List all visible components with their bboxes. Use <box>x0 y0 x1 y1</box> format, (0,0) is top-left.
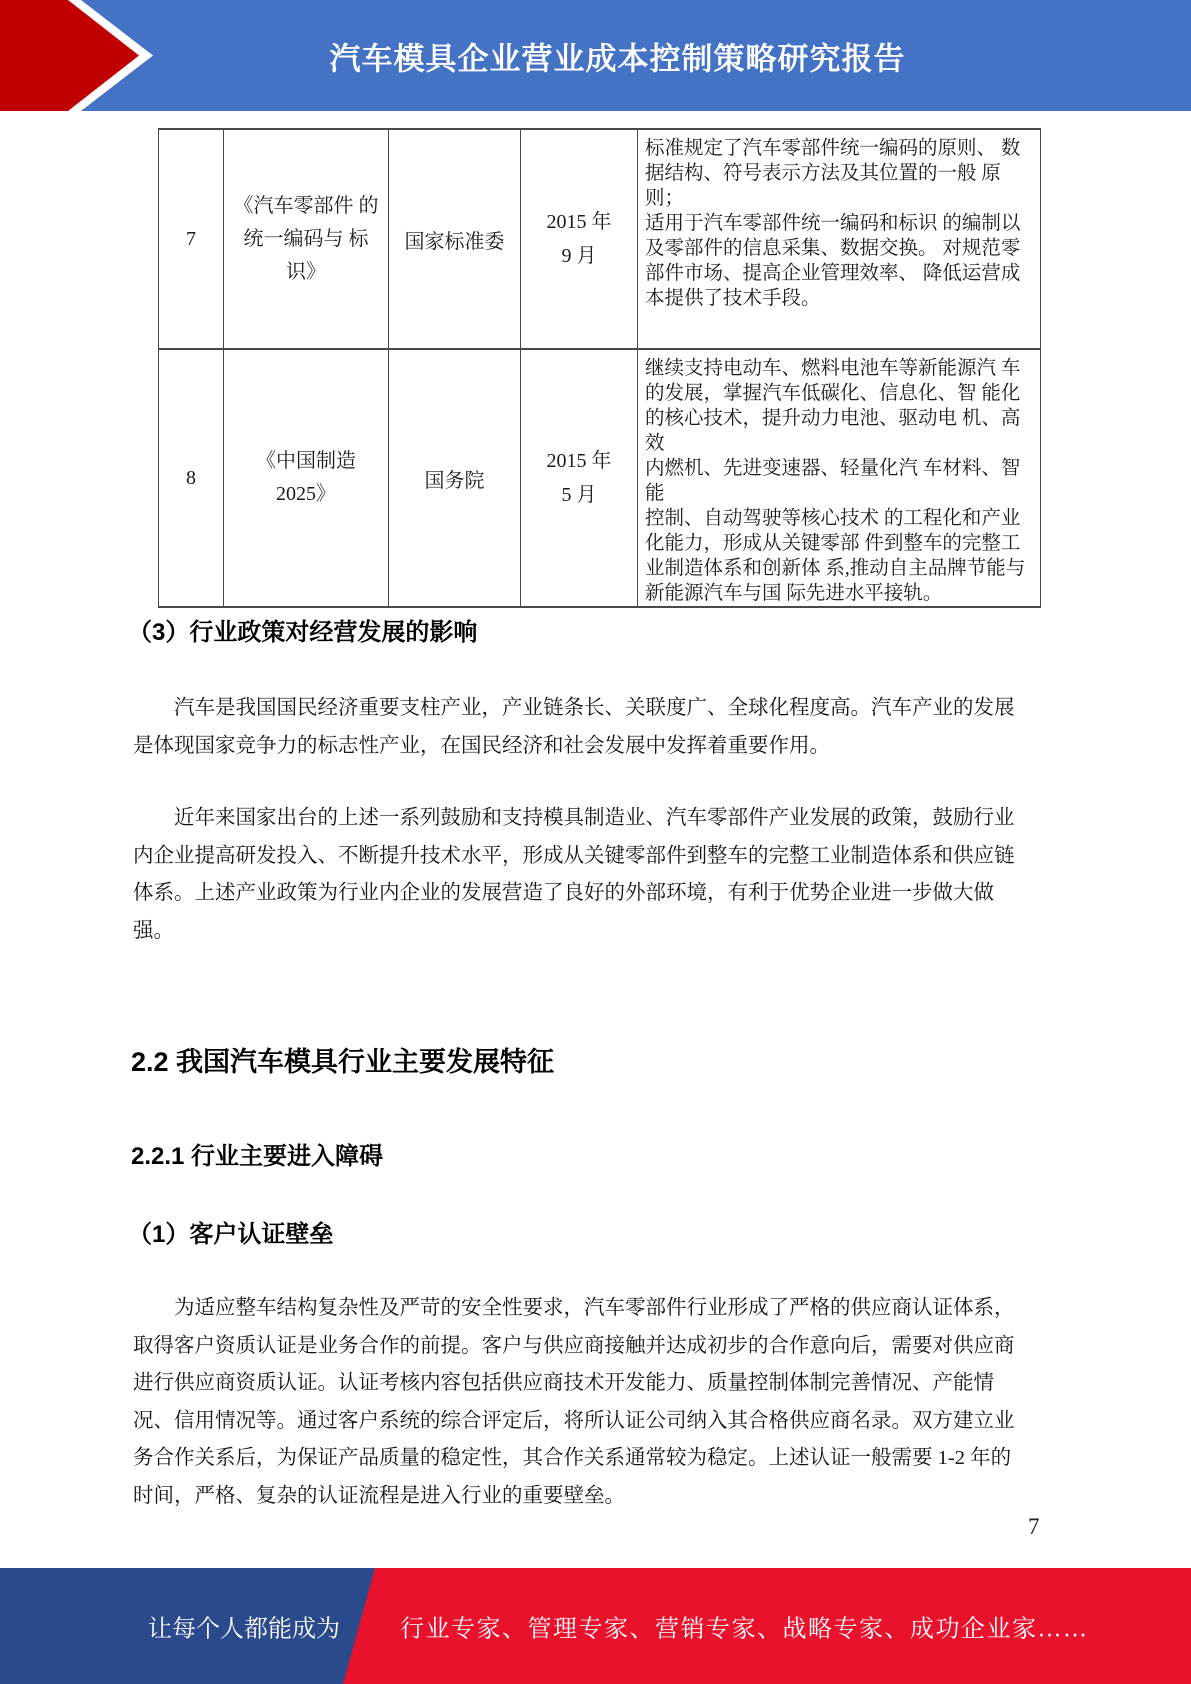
table-row-7: 7 《汽车零部件 的 统一编码与 标 识》 国家标准委 2015 年 9 月 标… <box>159 129 1041 349</box>
heading-section-2-2: 2.2 我国汽车模具行业主要发展特征 <box>131 1040 554 1079</box>
cell-row7-description: 标准规定了汽车零部件统一编码的原则、 数 据结构、符号表示方法及其位置的一般 原… <box>638 129 1041 349</box>
footer-slogan-right: 行业专家、管理专家、营销专家、战略专家、成功企业家…… <box>400 1609 1089 1644</box>
heading-section-2-2-1: 2.2.1 行业主要进入障碍 <box>131 1136 383 1171</box>
cell-row7-policy-name: 《汽车零部件 的 统一编码与 标 识》 <box>224 129 389 349</box>
cell-row7-issuer: 国家标准委 <box>389 129 521 349</box>
cell-row8-policy-name: 《中国制造 2025》 <box>224 349 389 607</box>
page-number: 7 <box>1028 1514 1040 1540</box>
table-row-8: 8 《中国制造 2025》 国务院 2015 年 5 月 继续支持电动车、燃料电… <box>159 349 1041 607</box>
cell-row8-issuer: 国务院 <box>389 349 521 607</box>
document-page: 汽车模具企业营业成本控制策略研究报告 7 《汽车零部件 的 统一编码与 标 识》… <box>0 0 1191 1684</box>
cell-row8-description: 继续支持电动车、燃料电池车等新能源汽 车 的发展，掌握汽车低碳化、信息化、智 能… <box>638 349 1041 607</box>
heading-customer-certification: （1）客户认证壁垒 <box>128 1214 333 1249</box>
cell-row7-date: 2015 年 9 月 <box>521 129 638 349</box>
report-header-banner: 汽车模具企业营业成本控制策略研究报告 <box>0 0 1191 111</box>
report-title: 汽车模具企业营业成本控制策略研究报告 <box>0 33 1191 78</box>
cell-row8-date: 2015 年 5 月 <box>521 349 638 607</box>
heading-policy-impact: （3）行业政策对经营发展的影响 <box>128 612 477 647</box>
paragraph-certification: 为适应整车结构复杂性及严苛的安全性要求，汽车零部件行业形成了严格的供应商认证体系… <box>133 1290 1015 1515</box>
footer-slogan-left: 让每个人都能成为 <box>148 1609 340 1644</box>
paragraph-recent-policies: 近年来国家出台的上述一系列鼓励和支持模具制造业、汽车零部件产业发展的政策，鼓励行… <box>133 800 1015 950</box>
cell-row7-number: 7 <box>159 129 224 349</box>
cell-row8-number: 8 <box>159 349 224 607</box>
paragraph-auto-industry: 汽车是我国国民经济重要支柱产业，产业链条长、关联度广、全球化程度高。汽车产业的发… <box>133 690 1015 765</box>
policy-table: 7 《汽车零部件 的 统一编码与 标 识》 国家标准委 2015 年 9 月 标… <box>158 128 1041 608</box>
footer-banner: 让每个人都能成为 行业专家、管理专家、营销专家、战略专家、成功企业家…… <box>0 1568 1191 1684</box>
